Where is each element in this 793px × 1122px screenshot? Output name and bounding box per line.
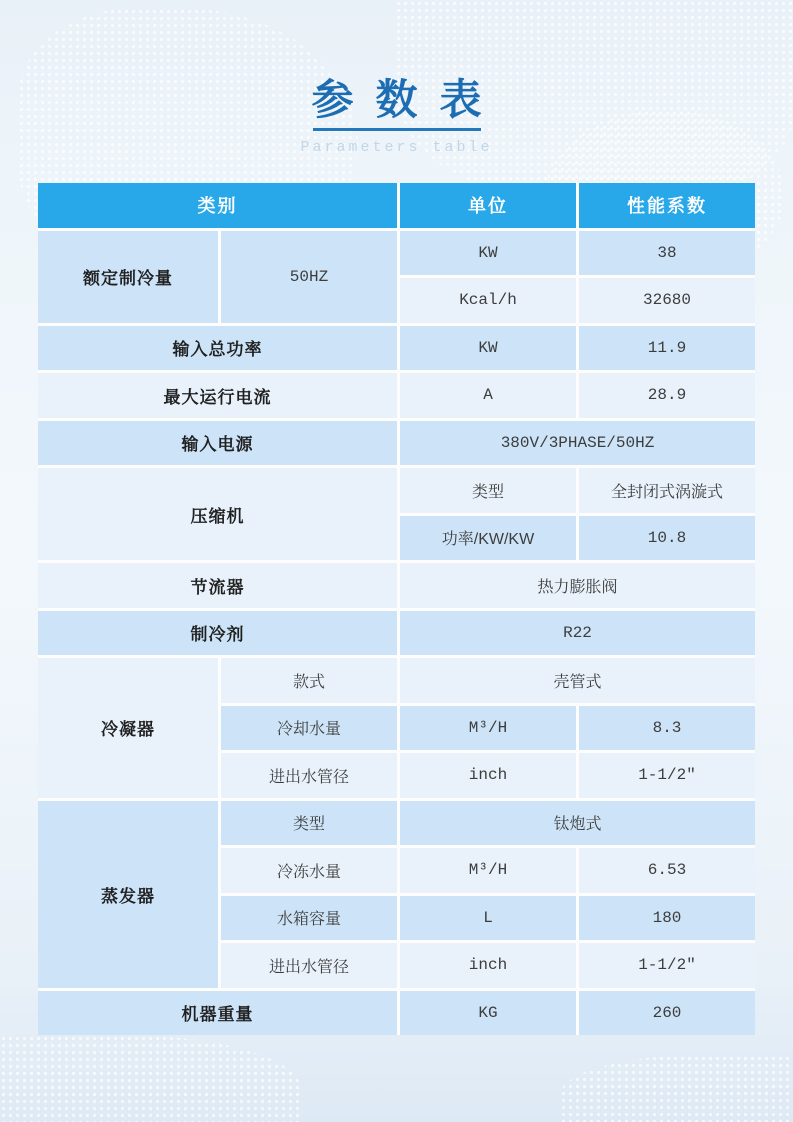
cell-condenser-style-name: 款式 (221, 658, 397, 703)
cell-weight-value: 260 (579, 991, 755, 1036)
cell-input-power-label: 输入总功率 (38, 326, 397, 371)
map-dots-patch (560, 1055, 793, 1122)
cell-max-current-label: 最大运行电流 (38, 373, 397, 418)
cell-evaporator-water-unit: M³/H (400, 848, 576, 893)
cell-refrigerant-value: R22 (400, 611, 755, 656)
cell-rated-cooling-value-kcal: 32680 (579, 278, 755, 323)
cell-rated-cooling-unit-kw: KW (400, 231, 576, 276)
cell-weight-label: 机器重量 (38, 991, 397, 1036)
cell-weight-unit: KG (400, 991, 576, 1036)
cell-compressor-label: 压缩机 (38, 468, 397, 560)
cell-throttle-value: 热力膨胀阀 (400, 563, 755, 608)
cell-condenser-water-name: 冷却水量 (221, 706, 397, 751)
th-category: 类别 (38, 183, 397, 228)
cell-max-current-unit: A (400, 373, 576, 418)
cell-evaporator-pipe-value: 1-1/2″ (579, 943, 755, 988)
cell-power-supply-value: 380V/3PHASE/50HZ (400, 421, 755, 466)
title-block: 参数表 Parameters table (0, 78, 793, 156)
cell-evaporator-pipe-unit: inch (400, 943, 576, 988)
cell-compressor-type-name: 类型 (400, 468, 576, 513)
cell-power-supply-label: 输入电源 (38, 421, 397, 466)
cell-evaporator-tank-value: 180 (579, 896, 755, 941)
cell-compressor-type-value: 全封闭式涡漩式 (579, 468, 755, 513)
cell-throttle-label: 节流器 (38, 563, 397, 608)
cell-evaporator-pipe-name: 进出水管径 (221, 943, 397, 988)
page-subtitle: Parameters table (0, 139, 793, 156)
th-unit: 单位 (400, 183, 576, 228)
cell-compressor-power-name: 功率/KW/KW (400, 516, 576, 561)
cell-max-current-value: 28.9 (579, 373, 755, 418)
cell-evaporator-tank-name: 水箱容量 (221, 896, 397, 941)
cell-refrigerant-label: 制冷剂 (38, 611, 397, 656)
cell-rated-cooling-freq: 50HZ (221, 231, 397, 323)
cell-evaporator-type-value: 钛炮式 (400, 801, 755, 846)
cell-condenser-pipe-name: 进出水管径 (221, 753, 397, 798)
cell-rated-cooling-value-kw: 38 (579, 231, 755, 276)
page: 参数表 Parameters table 类别 单位 性能系数 额定制冷量 50… (0, 0, 793, 1122)
cell-evaporator-label: 蒸发器 (38, 801, 218, 988)
cell-evaporator-water-value: 6.53 (579, 848, 755, 893)
cell-condenser-water-unit: M³/H (400, 706, 576, 751)
cell-evaporator-water-name: 冷冻水量 (221, 848, 397, 893)
cell-input-power-unit: KW (400, 326, 576, 371)
cell-condenser-pipe-unit: inch (400, 753, 576, 798)
parameters-table: 类别 单位 性能系数 额定制冷量 50HZ KW 38 Kcal/h 32680… (38, 183, 755, 1035)
cell-compressor-power-value: 10.8 (579, 516, 755, 561)
page-title: 参数表 (289, 78, 503, 124)
cell-condenser-style-value: 壳管式 (400, 658, 755, 703)
cell-condenser-water-value: 8.3 (579, 706, 755, 751)
th-coefficient: 性能系数 (579, 183, 755, 228)
cell-rated-cooling-label: 额定制冷量 (38, 231, 218, 323)
cell-evaporator-tank-unit: L (400, 896, 576, 941)
title-underline (313, 128, 481, 131)
cell-condenser-label: 冷凝器 (38, 658, 218, 798)
map-dots-patch (0, 1035, 300, 1122)
cell-rated-cooling-unit-kcal: Kcal/h (400, 278, 576, 323)
cell-evaporator-type-name: 类型 (221, 801, 397, 846)
cell-condenser-pipe-value: 1-1/2″ (579, 753, 755, 798)
cell-input-power-value: 11.9 (579, 326, 755, 371)
